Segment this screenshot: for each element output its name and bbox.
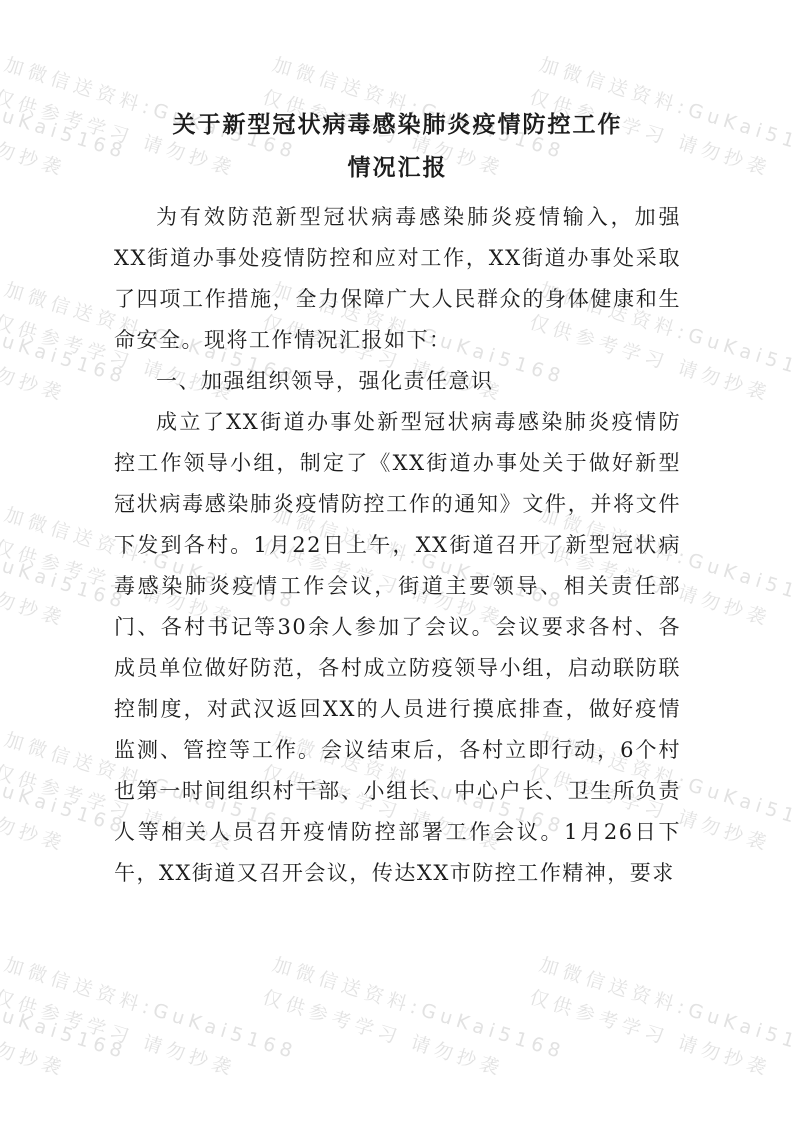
watermark-text: 加微信送资料:GuKai5168仅供参考学习 请勿抄袭	[525, 948, 793, 1102]
document-title-line1: 关于新型冠状病毒感染肺炎疫情防控工作	[114, 103, 681, 146]
document-title-line2: 情况汇报	[114, 146, 681, 189]
watermark-text: 加微信送资料:GuKai5168仅供参考学习 请勿抄袭	[0, 948, 301, 1102]
section-1-heading: 一、加强组织领导，强化责任意识	[114, 361, 681, 402]
paragraph-intro: 为有效防范新型冠状病毒感染肺炎疫情输入，加强XX街道办事处疫情防控和应对工作，X…	[114, 197, 681, 361]
document-content: 关于新型冠状病毒感染肺炎疫情防控工作 情况汇报 为有效防范新型冠状病毒感染肺炎疫…	[0, 0, 793, 894]
watermark-text: 加微信送资料:GuKai5168仅供参考学习 请勿抄袭	[0, 948, 131, 1102]
watermark-text: 加微信送资料:GuKai5168仅供参考学习 请勿抄袭	[258, 948, 569, 1102]
document-title: 关于新型冠状病毒感染肺炎疫情防控工作 情况汇报	[114, 103, 681, 189]
document-page: 加微信送资料:GuKai5168仅供参考学习 请勿抄袭加微信送资料:GuKai5…	[0, 0, 793, 1122]
paragraph-section-1: 成立了XX街道办事处新型冠状病毒感染肺炎疫情防控工作领导小组，制定了《XX街道办…	[114, 402, 681, 894]
